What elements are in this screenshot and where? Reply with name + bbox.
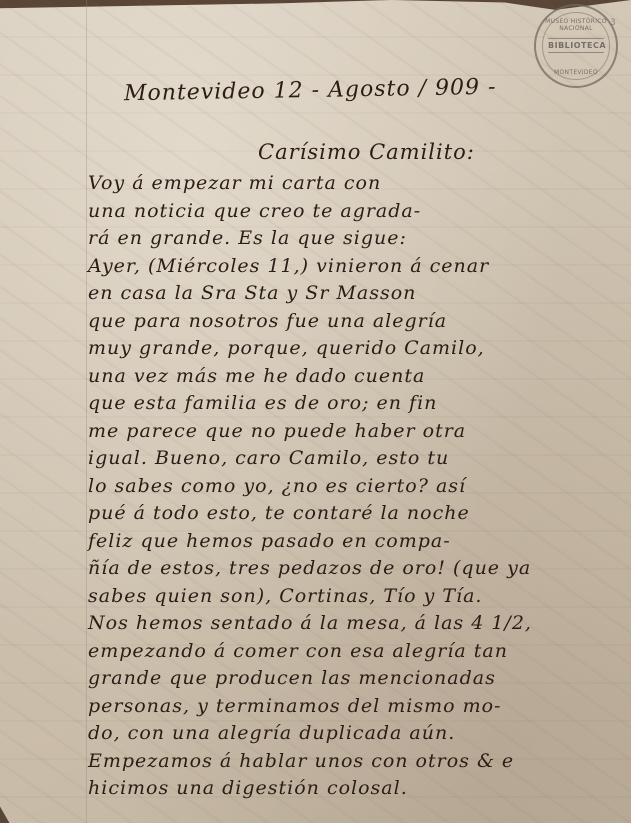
letter-line: empezando á comer con esa alegría tan [88,640,508,662]
letter-line: do, con una alegría duplicada aún. [88,722,455,744]
letter-line: que esta familia es de oro; en fin [88,392,437,414]
letter-line: Empezamos á hablar unos con otros & e [88,750,514,772]
library-stamp: MUSEO HISTÓRICO NACIONAL BIBLIOTECA MONT… [534,4,618,88]
letter-salutation: Carísimo Camilito: [258,140,475,164]
letter-line: que para nosotros fue una alegría [88,310,447,332]
letter-line: una vez más me he dado cuenta [88,365,425,387]
stamp-center-text: BIBLIOTECA [548,38,604,53]
letter-line: en casa la Sra Sta y Sr Masson [88,282,416,304]
letter-line: muy grande, porque, querido Camilo, [88,337,485,359]
letter-line: una noticia que creo te agrada- [88,200,421,222]
letter-line: Nos hemos sentado á la mesa, á las 4 1/2… [88,612,532,634]
letter-line: Ayer, (Miércoles 11,) vinieron á cenar [88,255,489,277]
letter-line: personas, y terminamos del mismo mo- [88,695,501,717]
letter-line: hicimos una digestión colosal. [88,777,408,799]
letter-line: Voy á empezar mi carta con [88,172,381,194]
stamp-ring-bottom-text: MONTEVIDEO [536,69,616,76]
letter-line: igual. Bueno, caro Camilo, esto tu [88,447,449,469]
letter-line: ñía de estos, tres pedazos de oro! (que … [88,557,531,579]
letter-line: sabes quien son), Cortinas, Tío y Tía. [88,585,482,607]
margin-line [86,0,87,823]
page-number: 3 [610,18,616,28]
letter-line: pué á todo esto, te contaré la noche [88,502,470,524]
stamp-ring-top-text: MUSEO HISTÓRICO NACIONAL [536,18,616,32]
letter-line: feliz que hemos pasado en compa- [88,530,451,552]
letter-line: rá en grande. Es la que sigue: [88,227,407,249]
letter-line: grande que producen las mencionadas [88,667,496,689]
letter-line: me parece que no puede haber otra [88,420,466,442]
letter-line: lo sabes como yo, ¿no es cierto? así [88,475,466,497]
